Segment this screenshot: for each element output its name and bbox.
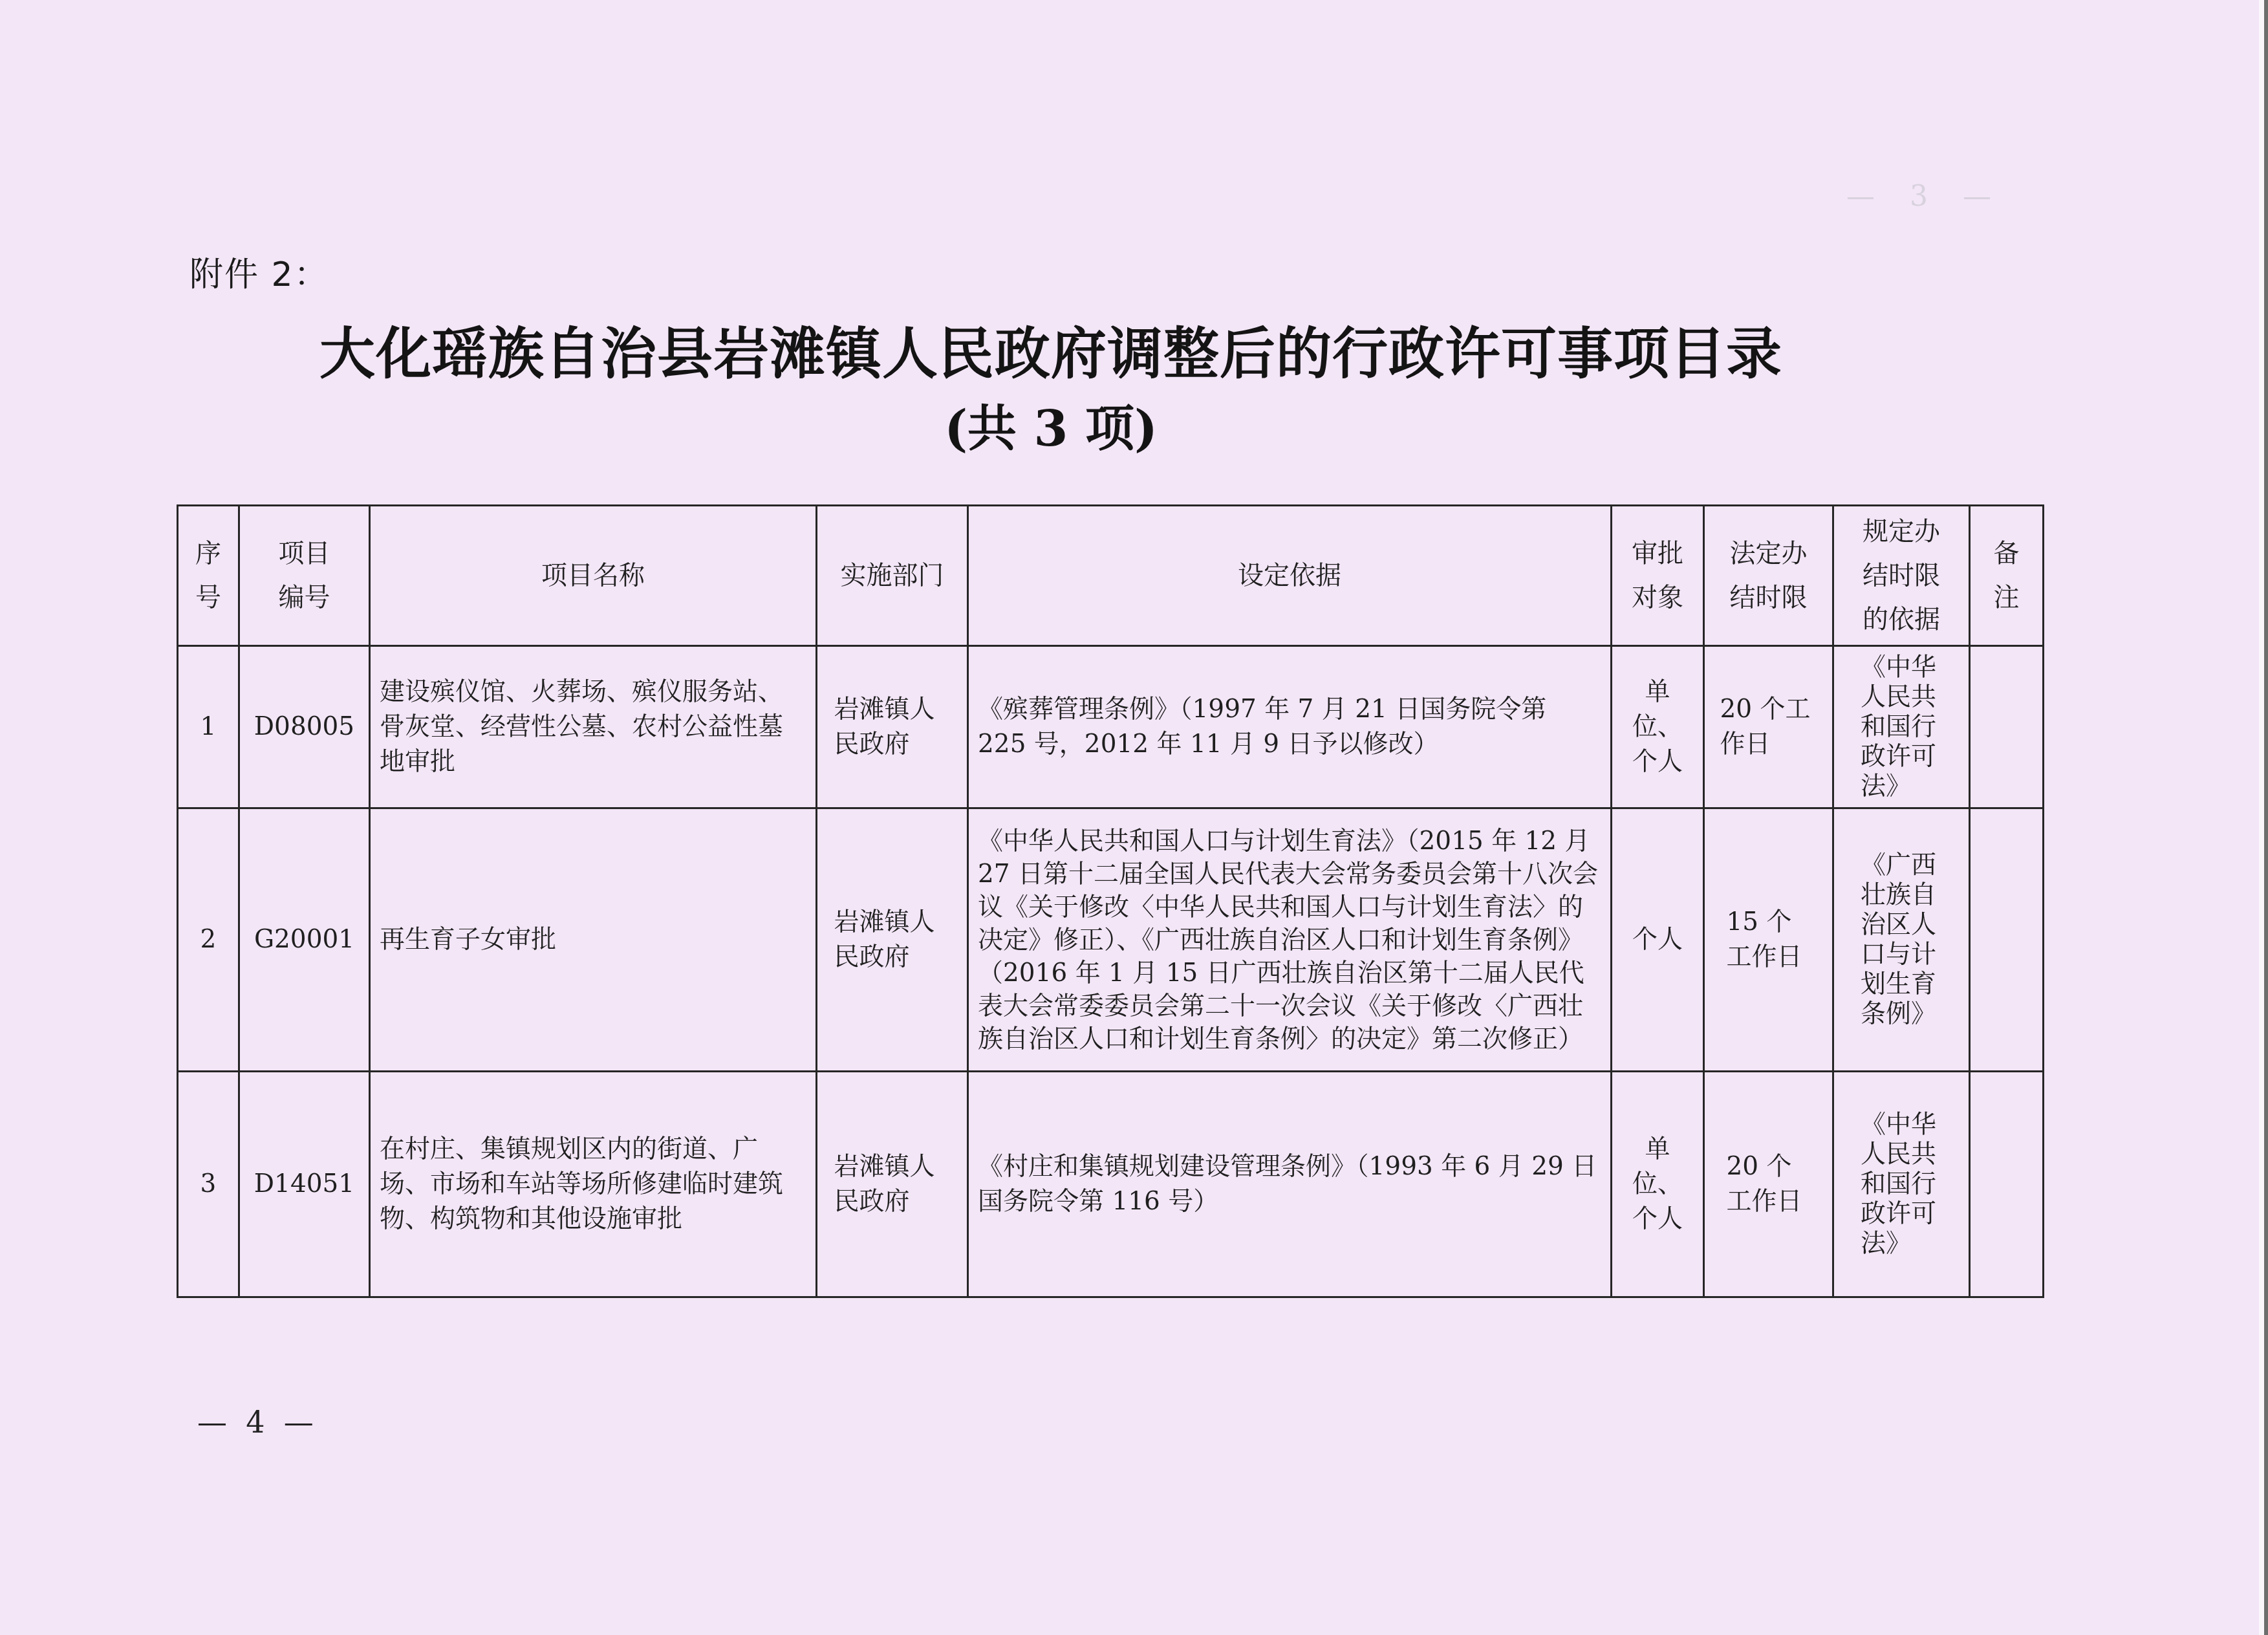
table-header-row: 序号 项目编号 项目名称 实施部门 设定依据 审批对象 法定办结时限 规定办结时… — [178, 506, 2044, 646]
scan-edge-gap — [2259, 0, 2264, 1635]
header-basis: 设定依据 — [968, 506, 1612, 646]
header-limit-basis: 规定办结时限的依据 — [1833, 506, 1970, 646]
cell-code: G20001 — [239, 808, 370, 1072]
cell-limit-basis: 《中华人民共和国行政许可法》 — [1833, 646, 1970, 808]
header-name: 项目名称 — [370, 506, 817, 646]
scan-edge — [2264, 0, 2268, 1635]
cell-name: 再生育子女审批 — [370, 808, 817, 1072]
header-remarks: 备注 — [1970, 506, 2044, 646]
header-code: 项目编号 — [239, 506, 370, 646]
header-target: 审批对象 — [1612, 506, 1704, 646]
cell-seq: 2 — [178, 808, 239, 1072]
header-department: 实施部门 — [817, 506, 968, 646]
cell-target: 个人 — [1612, 808, 1704, 1072]
cell-target: 单位、个人 — [1612, 1072, 1704, 1297]
cell-seq: 1 — [178, 646, 239, 808]
cell-department: 岩滩镇人民政府 — [817, 646, 968, 808]
cell-basis: 《殡葬管理条例》（1997 年 7 月 21 日国务院令第 225 号，2012… — [968, 646, 1612, 808]
cell-remarks — [1970, 646, 2044, 808]
cell-limit-basis: 《广西壮族自治区人口与计划生育条例》 — [1833, 808, 1970, 1072]
document-title: 大化瑶族自治县岩滩镇人民政府调整后的行政许可事项目录 — [0, 309, 2102, 389]
cell-basis: 《中华人民共和国人口与计划生育法》（2015 年 12 月 27 日第十二届全国… — [968, 808, 1612, 1072]
header-legal-limit: 法定办结时限 — [1704, 506, 1833, 646]
cell-name: 在村庄、集镇规划区内的街道、广场、市场和车站等场所修建临时建筑物、构筑物和其他设… — [370, 1072, 817, 1297]
page-number: — 4 — — [197, 1405, 314, 1440]
cell-department: 岩滩镇人民政府 — [817, 808, 968, 1072]
cell-legal-limit: 20 个工作日 — [1704, 1072, 1833, 1297]
table-row: 1 D08005 建设殡仪馆、火葬场、殡仪服务站、骨灰堂、经营性公墓、农村公益性… — [178, 646, 2044, 808]
cell-legal-limit: 15 个工作日 — [1704, 808, 1833, 1072]
cell-name: 建设殡仪馆、火葬场、殡仪服务站、骨灰堂、经营性公墓、农村公益性墓地审批 — [370, 646, 817, 808]
header-seq: 序号 — [178, 506, 239, 646]
cell-seq: 3 — [178, 1072, 239, 1297]
cell-legal-limit: 20 个工作日 — [1704, 646, 1833, 808]
cell-limit-basis: 《中华人民共和国行政许可法》 — [1833, 1072, 1970, 1297]
table-row: 3 D14051 在村庄、集镇规划区内的街道、广场、市场和车站等场所修建临时建筑… — [178, 1072, 2044, 1297]
cell-remarks — [1970, 808, 2044, 1072]
cell-remarks — [1970, 1072, 2044, 1297]
cell-code: D14051 — [239, 1072, 370, 1297]
permit-catalog-table: 序号 项目编号 项目名称 实施部门 设定依据 审批对象 法定办结时限 规定办结时… — [177, 504, 2044, 1298]
cell-target: 单位、个人 — [1612, 646, 1704, 808]
bleed-through-page-number: — 3 — — [1846, 180, 2004, 213]
attachment-label: 附件 2： — [189, 247, 329, 296]
document-subtitle: (共 3 项) — [0, 389, 2102, 460]
cell-department: 岩滩镇人民政府 — [817, 1072, 968, 1297]
cell-basis: 《村庄和集镇规划建设管理条例》（1993 年 6 月 29 日国务院令第 116… — [968, 1072, 1612, 1297]
cell-code: D08005 — [239, 646, 370, 808]
table-row: 2 G20001 再生育子女审批 岩滩镇人民政府 《中华人民共和国人口与计划生育… — [178, 808, 2044, 1072]
